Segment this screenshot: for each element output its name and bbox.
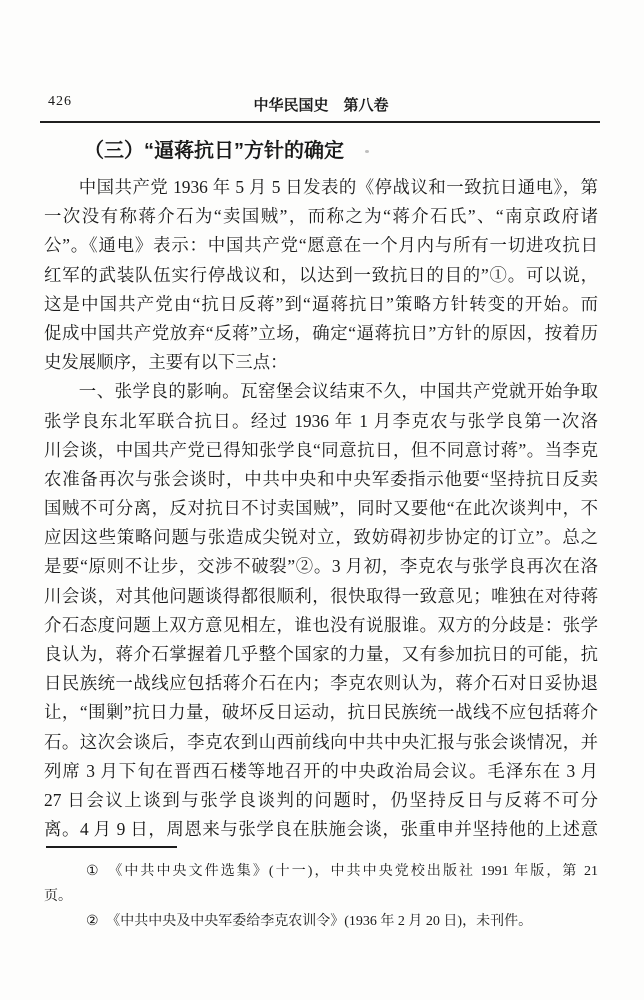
- body-line: 列席 3 月下旬在晋西石楼等地召开的中央政治局会议。毛泽东在 3 月: [44, 757, 598, 786]
- book-title: 中华民国史 第八卷: [44, 94, 598, 115]
- body-line: 川会谈，对其他问题谈得都很顺利，很快取得一致意见；唯独在对待蒋: [44, 582, 598, 611]
- body-line: 红军的武装队伍实行停战议和，以达到一致抗日的目的”①。可以说，: [44, 261, 598, 290]
- body-line: 川会谈，中国共产党已得知张学良“同意抗日，但不同意讨蒋”。当李克: [44, 436, 598, 465]
- body-line: 27 日会议上谈到与张学良谈判的问题时，仍坚持反日与反蒋不可分: [44, 786, 598, 815]
- section-heading: （三）“逼蒋抗日”方针的确定: [44, 139, 598, 163]
- footnote-separator: [46, 846, 177, 848]
- body-line: 农准备再次与张会谈时，中共中央和中央军委指示他要“坚持抗日反卖: [44, 465, 598, 494]
- body-line: 一、张学良的影响。瓦窑堡会议结束不久，中国共产党就开始争取: [44, 377, 598, 406]
- body-line: 国贼不可分离，反对抗日不讨卖国贼”，同时又要他“在此次谈判中，不: [44, 494, 598, 523]
- body-line: 一次没有称蒋介石为“卖国贼”，而称之为“蒋介石氏”、“南京政府诸: [44, 202, 598, 231]
- body-line: 应因这些策略问题与张造成尖锐对立，致妨碍初步协定的订立”。总之: [44, 523, 598, 552]
- footnote-marker: ②: [86, 914, 99, 929]
- body-paragraphs: 中国共产党 1936 年 5 月 5 日发表的《停战议和一致抗日通电》，第一次没…: [44, 173, 598, 844]
- body-line: 离。4 月 9 日，周恩来与张学良在肤施会谈，张重申并坚持他的上述意: [44, 815, 598, 844]
- body-line: 史发展顺序，主要有以下三点：: [44, 348, 598, 377]
- footnote-text: 《中共中央及中央军委给李克农训令》(1936 年 2 月 20 日)，未刊件。: [106, 914, 532, 929]
- footnote: ①《中共中央文件选集》(十一)，中共中央党校出版社 1991 年版，第 21页。: [44, 859, 598, 909]
- body-line: 石。这次会谈后，李克农到山西前线向中共中央汇报与张会谈情况，并: [44, 728, 598, 757]
- footnote-marker: ①: [86, 864, 101, 879]
- body-line: 张学良东北军联合抗日。经过 1936 年 1 月李克农与张学良第一次洛: [44, 407, 598, 436]
- header-rule: [40, 121, 600, 123]
- book-page: 426 中华民国史 第八卷 （三）“逼蒋抗日”方针的确定 中国共产党 1936 …: [0, 0, 644, 1000]
- footnote-first-line: ①《中共中央文件选集》(十一)，中共中央党校出版社 1991 年版，第 21: [44, 859, 598, 884]
- body-line: 是要“原则不让步，交涉不破裂”②。3 月初，李克农与张学良再次在洛: [44, 552, 598, 581]
- footnote-continuation-line: 页。: [44, 884, 598, 909]
- footnote-text: 《中共中央文件选集》(十一)，中共中央党校出版社 1991 年版，第 21: [108, 864, 598, 879]
- footnotes: ①《中共中央文件选集》(十一)，中共中央党校出版社 1991 年版，第 21页。…: [44, 846, 598, 934]
- body-line: 公”。《通电》表示：中国共产党“愿意在一个月内与所有一切进攻抗日: [44, 231, 598, 260]
- body-line: 这是中国共产党由“抗日反蒋”到“逼蒋抗日”策略方针转变的开始。而: [44, 290, 598, 319]
- body-line: 中国共产党 1936 年 5 月 5 日发表的《停战议和一致抗日通电》，第: [44, 173, 598, 202]
- footnote: ②《中共中央及中央军委给李克农训令》(1936 年 2 月 20 日)，未刊件。: [44, 909, 598, 934]
- body-line: 让，“围剿”抗日力量，破坏反日运动，抗日民族统一战线不应包括蒋介: [44, 698, 598, 727]
- body-line: 促成中国共产党放弃“反蒋”立场，确定“逼蒋抗日”方针的原因，按着历: [44, 319, 598, 348]
- footnote-list: ①《中共中央文件选集》(十一)，中共中央党校出版社 1991 年版，第 21页。…: [44, 859, 598, 934]
- body-line: 日民族统一战线应包括蒋介石在内；李克农则认为，蒋介石对日妥协退: [44, 669, 598, 698]
- running-header: 426 中华民国史 第八卷: [44, 94, 598, 114]
- body-line: 良认为，蒋介石掌握着几乎整个国家的力量，又有参加抗日的可能，抗: [44, 640, 598, 669]
- footnote-first-line: ②《中共中央及中央军委给李克农训令》(1936 年 2 月 20 日)，未刊件。: [44, 909, 598, 934]
- body-line: 介石态度问题上双方意见相左，谁也没有说服谁。双方的分歧是：张学: [44, 611, 598, 640]
